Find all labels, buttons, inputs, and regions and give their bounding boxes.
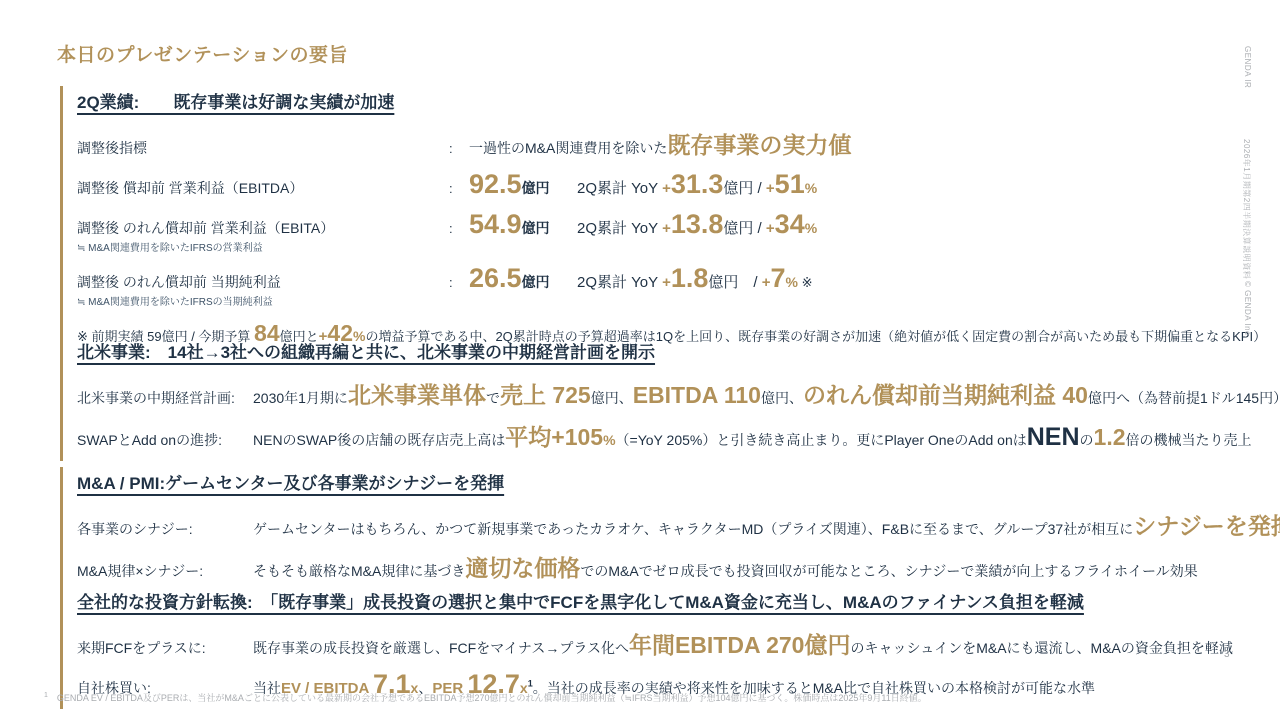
metric-label: 調整後 のれん償却前 当期純利益 — [77, 274, 281, 290]
value-text: 億円、 — [761, 390, 803, 406]
row-value: 2030年1月期に北米事業単体で売上 725億円、EBITDA 110億円、のれ… — [253, 377, 1280, 410]
row-value: ゲームセンターはもちろん、かつて新規事業であったカラオケ、キャラクターMD（プラ… — [253, 508, 1280, 541]
row-value: NENのSWAP後の店舗の既存店売上高は平均+105%（=YoY 205%）と引… — [253, 419, 1252, 452]
metric-sublabel: ≒ M&A関連費用を除いたIFRSの営業利益 — [77, 239, 449, 254]
synergy-row: 各事業のシナジー: ゲームセンターはもちろん、かつて新規事業であったカラオケ、キ… — [77, 508, 1236, 541]
value-text: のキャッシュインをM&Aにも還流し、M&Aの資金負担を軽減 — [850, 640, 1232, 656]
percent-sign: % — [805, 180, 817, 196]
metric-value: 92.5億円2Q累計 YoY +31.3億円 / +51% — [469, 169, 1236, 200]
section-ma-pmi: M&A / PMI:ゲームセンター及び各事業がシナジーを発揮 各事業のシナジー:… — [60, 467, 1236, 592]
value-text: 一過性のM&A関連費用を除いた — [469, 140, 667, 156]
metric-value: 54.9億円2Q累計 YoY +13.8億円 / +34% — [469, 209, 1236, 240]
value-text: 既存事業の成長投資を厳選し、FCFをマイナス→プラス化へ — [253, 640, 629, 656]
value-number: 92.5 — [469, 169, 522, 199]
value-text: そもそも厳格なM&A規律に基づき — [253, 563, 465, 579]
value-unit: 億円 — [522, 220, 550, 236]
value-number: 26.5 — [469, 263, 522, 293]
page-number: 3 — [1224, 649, 1230, 660]
reference-mark: ※ — [798, 275, 813, 290]
page-title: 本日のプレゼンテーションの要旨 — [57, 40, 348, 67]
fcf-row: 来期FCFをプラスに: 既存事業の成長投資を厳選し、FCFをマイナス→プラス化へ… — [77, 627, 1236, 660]
value-unit: 億円 — [522, 274, 550, 290]
plus-sign: + — [662, 180, 671, 197]
percent-sign: % — [603, 432, 615, 448]
value-highlight: 平均+105 — [505, 424, 603, 450]
yoy-percent: 51 — [775, 169, 805, 199]
value-highlight: 売上 725 — [500, 382, 591, 408]
value-highlight: EBITDA 110 — [633, 382, 761, 408]
value-unit: 億円 — [522, 180, 550, 196]
row-label: 来期FCFをプラスに: — [77, 640, 206, 656]
sidebar-brand-text: GENDA IR — [1243, 46, 1252, 88]
percent-sign: % — [786, 274, 798, 290]
metric-row-net-profit: 調整後 のれん償却前 当期純利益≒ M&A関連費用を除いたIFRSの当期純利益 … — [77, 263, 1236, 308]
row-label: 北米事業の中期経営計画: — [77, 390, 235, 406]
na-midterm-plan-row: 北米事業の中期経営計画: 2030年1月期に北米事業単体で売上 725億円、EB… — [77, 377, 1236, 410]
value-highlight: 年間EBITDA 270億円 — [629, 632, 851, 658]
value-text: 倍の機械当たり売上 — [1126, 432, 1252, 448]
colon-separator: : — [449, 181, 469, 196]
value-text: 億円、 — [591, 390, 633, 406]
value-text: 億円 / — [723, 180, 766, 197]
footnote-text: GENDA EV / EBITDA及びPERは、当社がM&Aごとに公表している最… — [48, 693, 927, 703]
value-number: 54.9 — [469, 209, 522, 239]
metric-value: 26.5億円2Q累計 YoY +1.8億円 / +7% ※ — [469, 263, 1236, 294]
plus-sign: + — [766, 220, 775, 237]
metric-label: 調整後 償却前 営業利益（EBITDA） — [77, 180, 303, 196]
value-text: NENのSWAP後の店舗の既存店売上高は — [253, 432, 505, 448]
footnote: 1 GENDA EV / EBITDA及びPERは、当社がM&Aごとに公表してい… — [44, 691, 927, 704]
plus-sign: + — [662, 274, 671, 291]
metric-row-adjusted-indicator: 調整後指標 : 一過性のM&A関連費用を除いた既存事業の実力値 — [77, 127, 1236, 160]
yoy-delta: 1.8 — [671, 263, 709, 293]
section-ma-heading: M&A / PMI:ゲームセンター及び各事業がシナジーを発揮 — [77, 469, 1236, 494]
metric-sublabel: ≒ M&A関連費用を除いたIFRSの当期純利益 — [77, 293, 449, 308]
plus-sign: + — [662, 220, 671, 237]
value-text: 億円へ（為替前提1ドル145円） — [1088, 390, 1280, 406]
ma-discipline-row: M&A規律×シナジー: そもそも厳格なM&A規律に基づき適切な価格でのM&Aでゼ… — [77, 550, 1236, 583]
metric-row-ebitda: 調整後 償却前 営業利益（EBITDA） : 92.5億円2Q累計 YoY +3… — [77, 169, 1236, 200]
metric-value: 一過性のM&A関連費用を除いた既存事業の実力値 — [469, 127, 1236, 160]
section-na-heading: 北米事業: 14社→3社への組織再編と共に、北米事業の中期経営計画を開示 — [77, 338, 1236, 363]
na-swap-addon-row: SWAPとAdd onの進捗: NENのSWAP後の店舗の既存店売上高は平均+1… — [77, 419, 1236, 452]
yoy-delta: 13.8 — [671, 209, 724, 239]
sidebar-copyright: © GENDA Inc. — [1243, 281, 1252, 338]
row-value: 既存事業の成長投資を厳選し、FCFをマイナス→プラス化へ年間EBITDA 270… — [253, 627, 1236, 660]
section-2q-heading: 2Q業績: 既存事業は好調な実績が加速 — [77, 88, 1236, 113]
yoy-label: 2Q累計 YoY — [577, 274, 662, 291]
value-highlight: 適切な価格 — [465, 555, 580, 581]
row-label: 各事業のシナジー: — [77, 521, 193, 537]
yoy-percent: 7 — [770, 263, 785, 293]
yoy-delta: 31.3 — [671, 169, 724, 199]
sidebar-document-title: 2026年1月期第2四半期決算説明資料 — [1241, 139, 1252, 279]
value-highlight: 北米事業単体 — [348, 382, 486, 408]
yoy-label: 2Q累計 YoY — [577, 180, 662, 197]
row-label: M&A規律×シナジー: — [77, 563, 203, 579]
slide: 本日のプレゼンテーションの要旨 2Q業績: 既存事業は好調な実績が加速 調整後指… — [0, 0, 1280, 720]
value-highlight: シナジーを発揮 — [1133, 513, 1280, 539]
section-north-america: 北米事業: 14社→3社への組織再編と共に、北米事業の中期経営計画を開示 北米事… — [60, 336, 1236, 461]
section-investment-heading: 全社的な投資方針転換: 「既存事業」成長投資の選択と集中でFCFを黒字化してM&… — [77, 588, 1236, 613]
colon-separator: : — [449, 275, 469, 290]
value-highlight: 既存事業の実力値 — [667, 132, 851, 158]
value-text: で — [486, 390, 500, 406]
percent-sign: % — [805, 220, 817, 236]
value-text: の — [1080, 432, 1094, 448]
plus-sign: + — [766, 180, 775, 197]
value-text: 2030年1月期に — [253, 390, 348, 406]
value-text: ゲームセンターはもちろん、かつて新規事業であったカラオケ、キャラクターMD（プラ… — [253, 521, 1133, 537]
colon-separator: : — [449, 141, 469, 156]
value-text: （=YoY 205%）と引き続き高止まり。更にPlayer OneのAdd on… — [616, 432, 1027, 448]
value-text: 億円 / — [708, 274, 761, 291]
value-highlight: のれん償却前当期純利益 40 — [803, 382, 1088, 408]
row-value: そもそも厳格なM&A規律に基づき適切な価格でのM&Aでゼロ成長でも投資回収が可能… — [253, 550, 1236, 583]
section-2q-results: 2Q業績: 既存事業は好調な実績が加速 調整後指標 : 一過性のM&A関連費用を… — [60, 86, 1236, 347]
row-label: SWAPとAdd onの進捗: — [77, 432, 222, 448]
metric-label: 調整後指標 — [77, 140, 147, 156]
metric-label: 調整後 のれん償却前 営業利益（EBITA） — [77, 220, 334, 236]
metric-row-ebita: 調整後 のれん償却前 営業利益（EBITA）≒ M&A関連費用を除いたIFRSの… — [77, 209, 1236, 254]
value-highlight-navy: NEN — [1027, 423, 1080, 451]
yoy-percent: 34 — [775, 209, 805, 239]
colon-separator: : — [449, 221, 469, 236]
yoy-label: 2Q累計 YoY — [577, 220, 662, 237]
value-text: 億円 / — [723, 220, 766, 237]
value-text: でのM&Aでゼロ成長でも投資回収が可能なところ、シナジーで業績が向上するフライホ… — [580, 563, 1197, 579]
value-highlight: 1.2 — [1094, 424, 1126, 450]
